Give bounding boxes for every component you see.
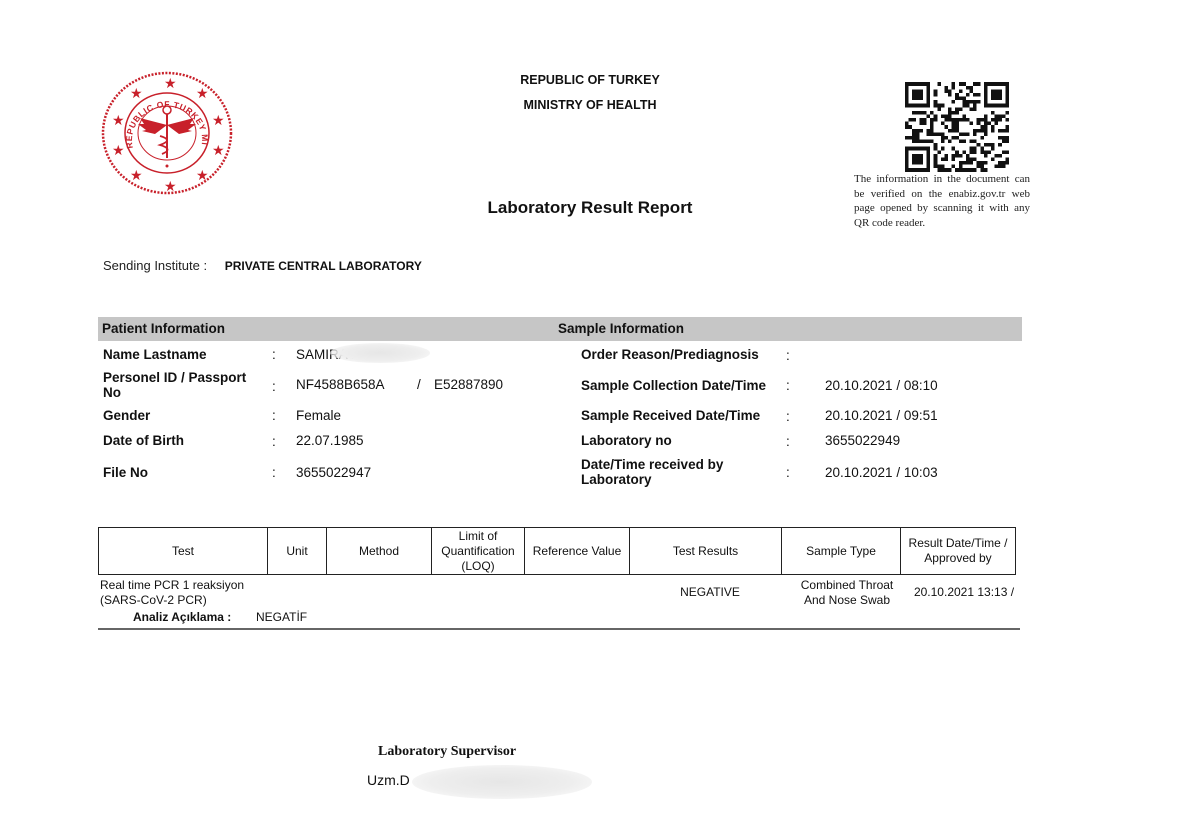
info-section-header: Patient Information Sample Information (98, 317, 1022, 341)
colon: : (786, 348, 790, 363)
test-name: Real time PCR 1 reaksiyon (SARS-CoV-2 PC… (100, 578, 270, 608)
table-bottom-rule (98, 628, 1020, 630)
colon: : (786, 434, 790, 449)
dob-label: Date of Birth (103, 433, 184, 448)
lab-no-label: Laboratory no (581, 433, 672, 448)
svg-text:★: ★ (112, 142, 125, 158)
sending-institute-value: PRIVATE CENTRAL LABORATORY (225, 259, 422, 273)
colon: : (272, 347, 276, 362)
colon: : (786, 409, 790, 424)
colon: : (272, 408, 276, 423)
svg-text:★: ★ (164, 75, 177, 91)
collection-datetime-label: Sample Collection Date/Time (581, 378, 766, 393)
report-title: Laboratory Result Report (440, 198, 740, 218)
header-ministry: MINISTRY OF HEALTH (440, 98, 740, 112)
redaction-blur (412, 765, 592, 799)
header-country: REPUBLIC OF TURKEY (440, 73, 740, 87)
col-reference: Reference Value (525, 528, 630, 575)
sample-info-heading: Sample Information (558, 321, 684, 336)
qr-verification-note: The information in the document can be v… (854, 172, 1030, 230)
colon: : (272, 434, 276, 449)
redaction-blur (330, 343, 430, 363)
col-test: Test (99, 528, 268, 575)
col-test-results: Test Results (630, 528, 782, 575)
lab-received-value: 20.10.2021 / 10:03 (825, 465, 938, 480)
col-sample-type: Sample Type (782, 528, 901, 575)
colon: : (272, 465, 276, 480)
svg-text:★: ★ (164, 178, 177, 194)
received-datetime-label: Sample Received Date/Time (581, 408, 760, 423)
passport-no-value: E52887890 (434, 377, 503, 392)
col-result-date: Result Date/Time / Approved by (901, 528, 1016, 575)
patient-info-heading: Patient Information (102, 321, 225, 336)
gender-value: Female (296, 408, 341, 423)
sending-institute-label: Sending Institute : (103, 258, 207, 273)
lab-no-value: 3655022949 (825, 433, 900, 448)
svg-text:★: ★ (212, 112, 225, 128)
svg-text:★: ★ (212, 142, 225, 158)
svg-text:REPUBLIC OF TURKEY MINISTRY OF: REPUBLIC OF TURKEY MINISTRY OF HEALTH (100, 70, 210, 149)
patient-id-value: NF4588B658A (296, 377, 385, 392)
ministry-seal-logo: ★★★ ★★ ★★ ★★★ REPUBLIC OF TURKEY MINISTR… (100, 70, 234, 196)
collection-datetime-value: 20.10.2021 / 08:10 (825, 378, 938, 393)
slash-separator: / (417, 377, 421, 392)
results-table-header: Test Unit Method Limit of Quantification… (99, 528, 1016, 575)
svg-text:★: ★ (112, 112, 125, 128)
results-table: Test Unit Method Limit of Quantification… (98, 527, 1016, 575)
result-date: 20.10.2021 13:13 / (908, 585, 1020, 600)
received-datetime-value: 20.10.2021 / 09:51 (825, 408, 938, 423)
file-no-label: File No (103, 465, 148, 480)
svg-text:★: ★ (196, 167, 209, 183)
dob-value: 22.07.1985 (296, 433, 364, 448)
svg-text:★: ★ (130, 167, 143, 183)
supervisor-label: Laboratory Supervisor (378, 744, 516, 760)
svg-text:★: ★ (130, 85, 143, 101)
svg-text:★: ★ (196, 85, 209, 101)
colon: : (786, 378, 790, 393)
lab-received-label: Date/Time received by Laboratory (581, 457, 756, 487)
test-result: NEGATIVE (640, 585, 780, 600)
order-reason-label: Order Reason/Prediagnosis (581, 347, 759, 362)
sending-institute: Sending Institute : PRIVATE CENTRAL LABO… (103, 258, 422, 273)
colon: : (272, 379, 276, 394)
gender-label: Gender (103, 408, 150, 423)
col-method: Method (327, 528, 432, 575)
col-loq: Limit of Quantification (LOQ) (432, 528, 525, 575)
patient-id-label: Personel ID / Passport No (103, 370, 268, 400)
sample-type: Combined Throat And Nose Swab (790, 578, 904, 608)
qr-code[interactable] (905, 82, 1009, 172)
col-unit: Unit (268, 528, 327, 575)
analysis-value: NEGATİF (256, 610, 307, 625)
file-no-value: 3655022947 (296, 465, 371, 480)
colon: : (786, 465, 790, 480)
analysis-label: Analiz Açıklama : (133, 610, 231, 625)
supervisor-name: Uzm.D (367, 772, 410, 788)
patient-name-label: Name Lastname (103, 347, 207, 362)
